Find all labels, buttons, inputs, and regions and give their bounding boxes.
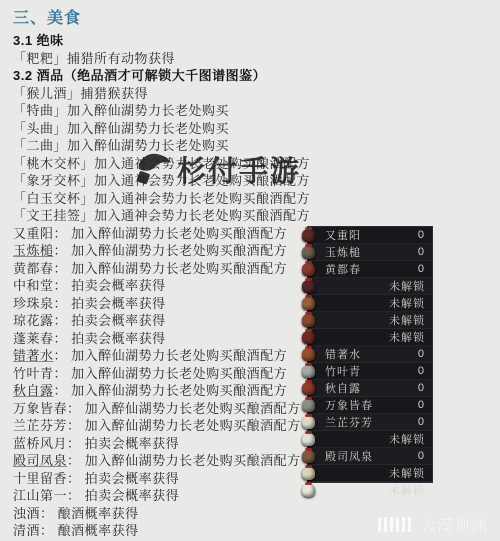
wine-jar-icon <box>302 280 315 293</box>
wine-jar-icon <box>302 263 315 276</box>
doc-line: 珍珠泉： 拍卖会概率获得 <box>13 295 310 313</box>
wine-list-row: 错著水0 <box>308 346 432 363</box>
item-name: 黄都春 <box>325 261 361 277</box>
locked-label: 未解锁 <box>389 312 432 328</box>
watermark-text: 大漠观澜 <box>420 513 488 536</box>
item-count: 0 <box>418 382 432 394</box>
wine-list-row: 兰芷芬芳0 <box>308 414 432 431</box>
item-count: 0 <box>418 263 432 275</box>
doc-line-text: ： 拍卖会概率获得 <box>67 471 179 486</box>
wine-term: 竹叶青 <box>13 366 54 381</box>
item-name: 殿司凤泉 <box>325 448 373 464</box>
item-name: 错著水 <box>325 346 361 362</box>
wine-list-row: 又重阳0 <box>308 227 432 244</box>
watermark-text: 杉付手游 <box>177 149 301 190</box>
wine-term: 中和堂 <box>13 278 54 293</box>
locked-label: 未解锁 <box>389 329 432 345</box>
item-count: 0 <box>418 348 432 360</box>
doc-line-text: ： 加入醉仙湖势力长老处购买酿酒配方 <box>54 348 288 363</box>
wine-jar-icon <box>302 399 315 412</box>
item-name: 秋自露 <box>325 380 361 396</box>
doc-line-text: ： 拍卖会概率获得 <box>54 296 166 311</box>
item-name: 兰芷芬芳 <box>325 414 373 430</box>
wine-term: 万象皆春 <box>13 401 67 416</box>
wine-jar-icon <box>302 382 315 395</box>
doc-line: 殿司凤泉： 加入醉仙湖势力长老处购买酿酒配方 <box>13 452 310 470</box>
doc-line: 错著水： 加入醉仙湖势力长老处购买酿酒配方 <box>13 347 310 365</box>
item-name: 竹叶青 <box>325 363 361 379</box>
item-name: 万象皆春 <box>325 397 373 413</box>
doc-line-text: ： 拍卖会概率获得 <box>67 488 179 503</box>
doc-line-text: ： 拍卖会概率获得 <box>67 436 179 451</box>
doc-line-text: ： 加入醉仙湖势力长老处购买酿酒配方 <box>67 418 301 433</box>
wine-list-row: 黄都春0 <box>308 261 432 278</box>
doc-line: 「特曲」加入醉仙湖势力长老处购买 <box>13 102 310 120</box>
wine-list-row: 未解锁 <box>308 465 432 482</box>
wine-term: 十里留香 <box>13 471 67 486</box>
doc-line: 黄都春： 加入醉仙湖势力长老处购买酿酒配方 <box>13 260 310 278</box>
wine-list-row: 未解锁 <box>308 295 432 312</box>
item-name: 玉炼槌 <box>325 244 361 260</box>
locked-label: 未解锁 <box>389 278 432 294</box>
wine-term: 蓝桥风月 <box>13 436 67 451</box>
page-title: 三、美食 <box>13 5 81 28</box>
doc-line-text: ： 酿酒概率获得 <box>40 506 139 521</box>
doc-line: 「白玉交杯」加入通神会势力长老处购买酿酒配方 <box>13 190 310 208</box>
item-count: 0 <box>418 450 432 462</box>
wine-jar-icon <box>302 314 315 327</box>
doc-line: 清酒： 酿酒概率获得 <box>13 522 310 540</box>
doc-line-text: ： 加入醉仙湖势力长老处购买酿酒配方 <box>67 401 301 416</box>
wine-list-row: 未解锁 <box>308 278 432 295</box>
doc-line-text: ： 加入醉仙湖势力长老处购买酿酒配方 <box>54 366 288 381</box>
doc-line: 蓬莱春： 拍卖会概率获得 <box>13 330 310 348</box>
doc-line: 江山第一： 拍卖会概率获得 <box>13 487 310 505</box>
doc-line-text: ： 加入醉仙湖势力长老处购买酿酒配方 <box>67 453 301 468</box>
wine-list-row: 未解锁 <box>308 482 432 498</box>
doc-line-text: ： 加入醉仙湖势力长老处购买酿酒配方 <box>54 383 288 398</box>
wine-term: 又重阳 <box>13 226 54 241</box>
bilibili-logo-icon <box>378 517 414 532</box>
wine-term-link[interactable]: 错著水 <box>13 348 54 363</box>
item-count: 0 <box>418 229 432 241</box>
doc-line-text: ： 加入醉仙湖势力长老处购买酿酒配方 <box>54 243 288 258</box>
wine-jar-icon <box>302 297 315 310</box>
item-count: 0 <box>418 399 432 411</box>
wine-list-row: 殿司凤泉0 <box>308 448 432 465</box>
wine-jar-icon <box>302 229 315 242</box>
wine-jar-icon <box>302 246 315 259</box>
doc-line: 「猴儿酒」捕猎猴获得 <box>13 85 310 103</box>
item-count: 0 <box>418 416 432 428</box>
wine-term-link[interactable]: 玉炼槌 <box>13 243 54 258</box>
wine-jar-icon <box>302 365 315 378</box>
item-count: 0 <box>418 365 432 377</box>
locked-label: 未解锁 <box>389 295 432 311</box>
wine-term: 蓬莱春 <box>13 331 54 346</box>
wine-list-row: 万象皆春0 <box>308 397 432 414</box>
doc-line-text: ： 拍卖会概率获得 <box>54 313 166 328</box>
doc-line-text: ： 拍卖会概率获得 <box>54 278 166 293</box>
watermark-bilibili: 大漠观澜 <box>378 513 488 536</box>
doc-line: 玉炼槌： 加入醉仙湖势力长老处购买酿酒配方 <box>13 242 310 260</box>
wine-term: 黄都春 <box>13 261 54 276</box>
doc-line: 「粑粑」捕猎所有动物获得 <box>13 50 310 68</box>
wine-jar-icon <box>302 484 315 497</box>
doc-line: 浊酒： 酿酒概率获得 <box>13 505 310 523</box>
doc-line: 「文王挂签」加入通神会势力长老处购买酿酒配方 <box>13 207 310 225</box>
wine-term: 清酒 <box>13 523 40 538</box>
wine-list-row: 秋自露0 <box>308 380 432 397</box>
doc-line: 3.2 酒品（绝品酒才可解锁大千图谱图鉴） <box>13 67 310 85</box>
doc-line: 中和堂： 拍卖会概率获得 <box>13 277 310 295</box>
doc-line-text: ： 加入醉仙湖势力长老处购买酿酒配方 <box>54 261 288 276</box>
watermark-shanfu: 杉付手游 <box>134 148 301 190</box>
doc-line: 秋自露： 加入醉仙湖势力长老处购买酿酒配方 <box>13 382 310 400</box>
wine-list-row: 未解锁 <box>308 431 432 448</box>
locked-label: 未解锁 <box>389 431 432 447</box>
wine-term-link[interactable]: 殿司凤泉 <box>13 453 67 468</box>
item-name: 又重阳 <box>325 227 361 243</box>
doc-line: 兰芷芬芳： 加入醉仙湖势力长老处购买酿酒配方 <box>13 417 310 435</box>
doc-line: 蓝桥风月： 拍卖会概率获得 <box>13 435 310 453</box>
locked-label: 未解锁 <box>389 465 432 481</box>
doc-line: 琼花露： 拍卖会概率获得 <box>13 312 310 330</box>
item-count: 0 <box>418 246 432 258</box>
wine-list-row: 玉炼槌0 <box>308 244 432 261</box>
doc-line: 万象皆春： 加入醉仙湖势力长老处购买酿酒配方 <box>13 400 310 418</box>
doc-line: 「头曲」加入醉仙湖势力长老处购买 <box>13 120 310 138</box>
doc-line-text: ： 酿酒概率获得 <box>40 523 139 538</box>
wine-term-link[interactable]: 秋自露 <box>13 383 54 398</box>
wine-list-row: 未解锁 <box>308 312 432 329</box>
wine-term: 珍珠泉 <box>13 296 54 311</box>
doc-line: 又重阳： 加入醉仙湖势力长老处购买酿酒配方 <box>13 225 310 243</box>
wine-list-row: 竹叶青0 <box>308 363 432 380</box>
wine-jar-icon <box>302 450 315 463</box>
wine-term: 琼花露 <box>13 313 54 328</box>
doc-line-text: ： 拍卖会概率获得 <box>54 331 166 346</box>
wine-term: 江山第一 <box>13 488 67 503</box>
doc-line-text: ： 加入醉仙湖势力长老处购买酿酒配方 <box>54 226 288 241</box>
doc-line: 竹叶青： 加入醉仙湖势力长老处购买酿酒配方 <box>13 365 310 383</box>
wine-jar-icon <box>302 416 315 429</box>
wine-list-row: 未解锁 <box>308 329 432 346</box>
shanfu-logo-icon <box>134 148 172 190</box>
doc-line: 3.1 绝味 <box>13 32 310 50</box>
wine-term: 兰芷芬芳 <box>13 418 67 433</box>
locked-label: 未解锁 <box>389 482 432 498</box>
document-body: 3.1 绝味「粑粑」捕猎所有动物获得3.2 酒品（绝品酒才可解锁大千图谱图鉴）「… <box>13 32 310 540</box>
wine-jar-icon <box>302 467 315 480</box>
article-page: 三、美食 3.1 绝味「粑粑」捕猎所有动物获得3.2 酒品（绝品酒才可解锁大千图… <box>0 0 500 541</box>
wine-term: 浊酒 <box>13 506 40 521</box>
wine-list-panel: 又重阳0玉炼槌0黄都春0未解锁未解锁未解锁未解锁错著水0竹叶青0秋自露0万象皆春… <box>307 226 433 483</box>
wine-jar-icon <box>302 433 315 446</box>
wine-jar-icon <box>302 331 315 344</box>
wine-jar-icon <box>302 348 315 361</box>
doc-line: 十里留香： 拍卖会概率获得 <box>13 470 310 488</box>
